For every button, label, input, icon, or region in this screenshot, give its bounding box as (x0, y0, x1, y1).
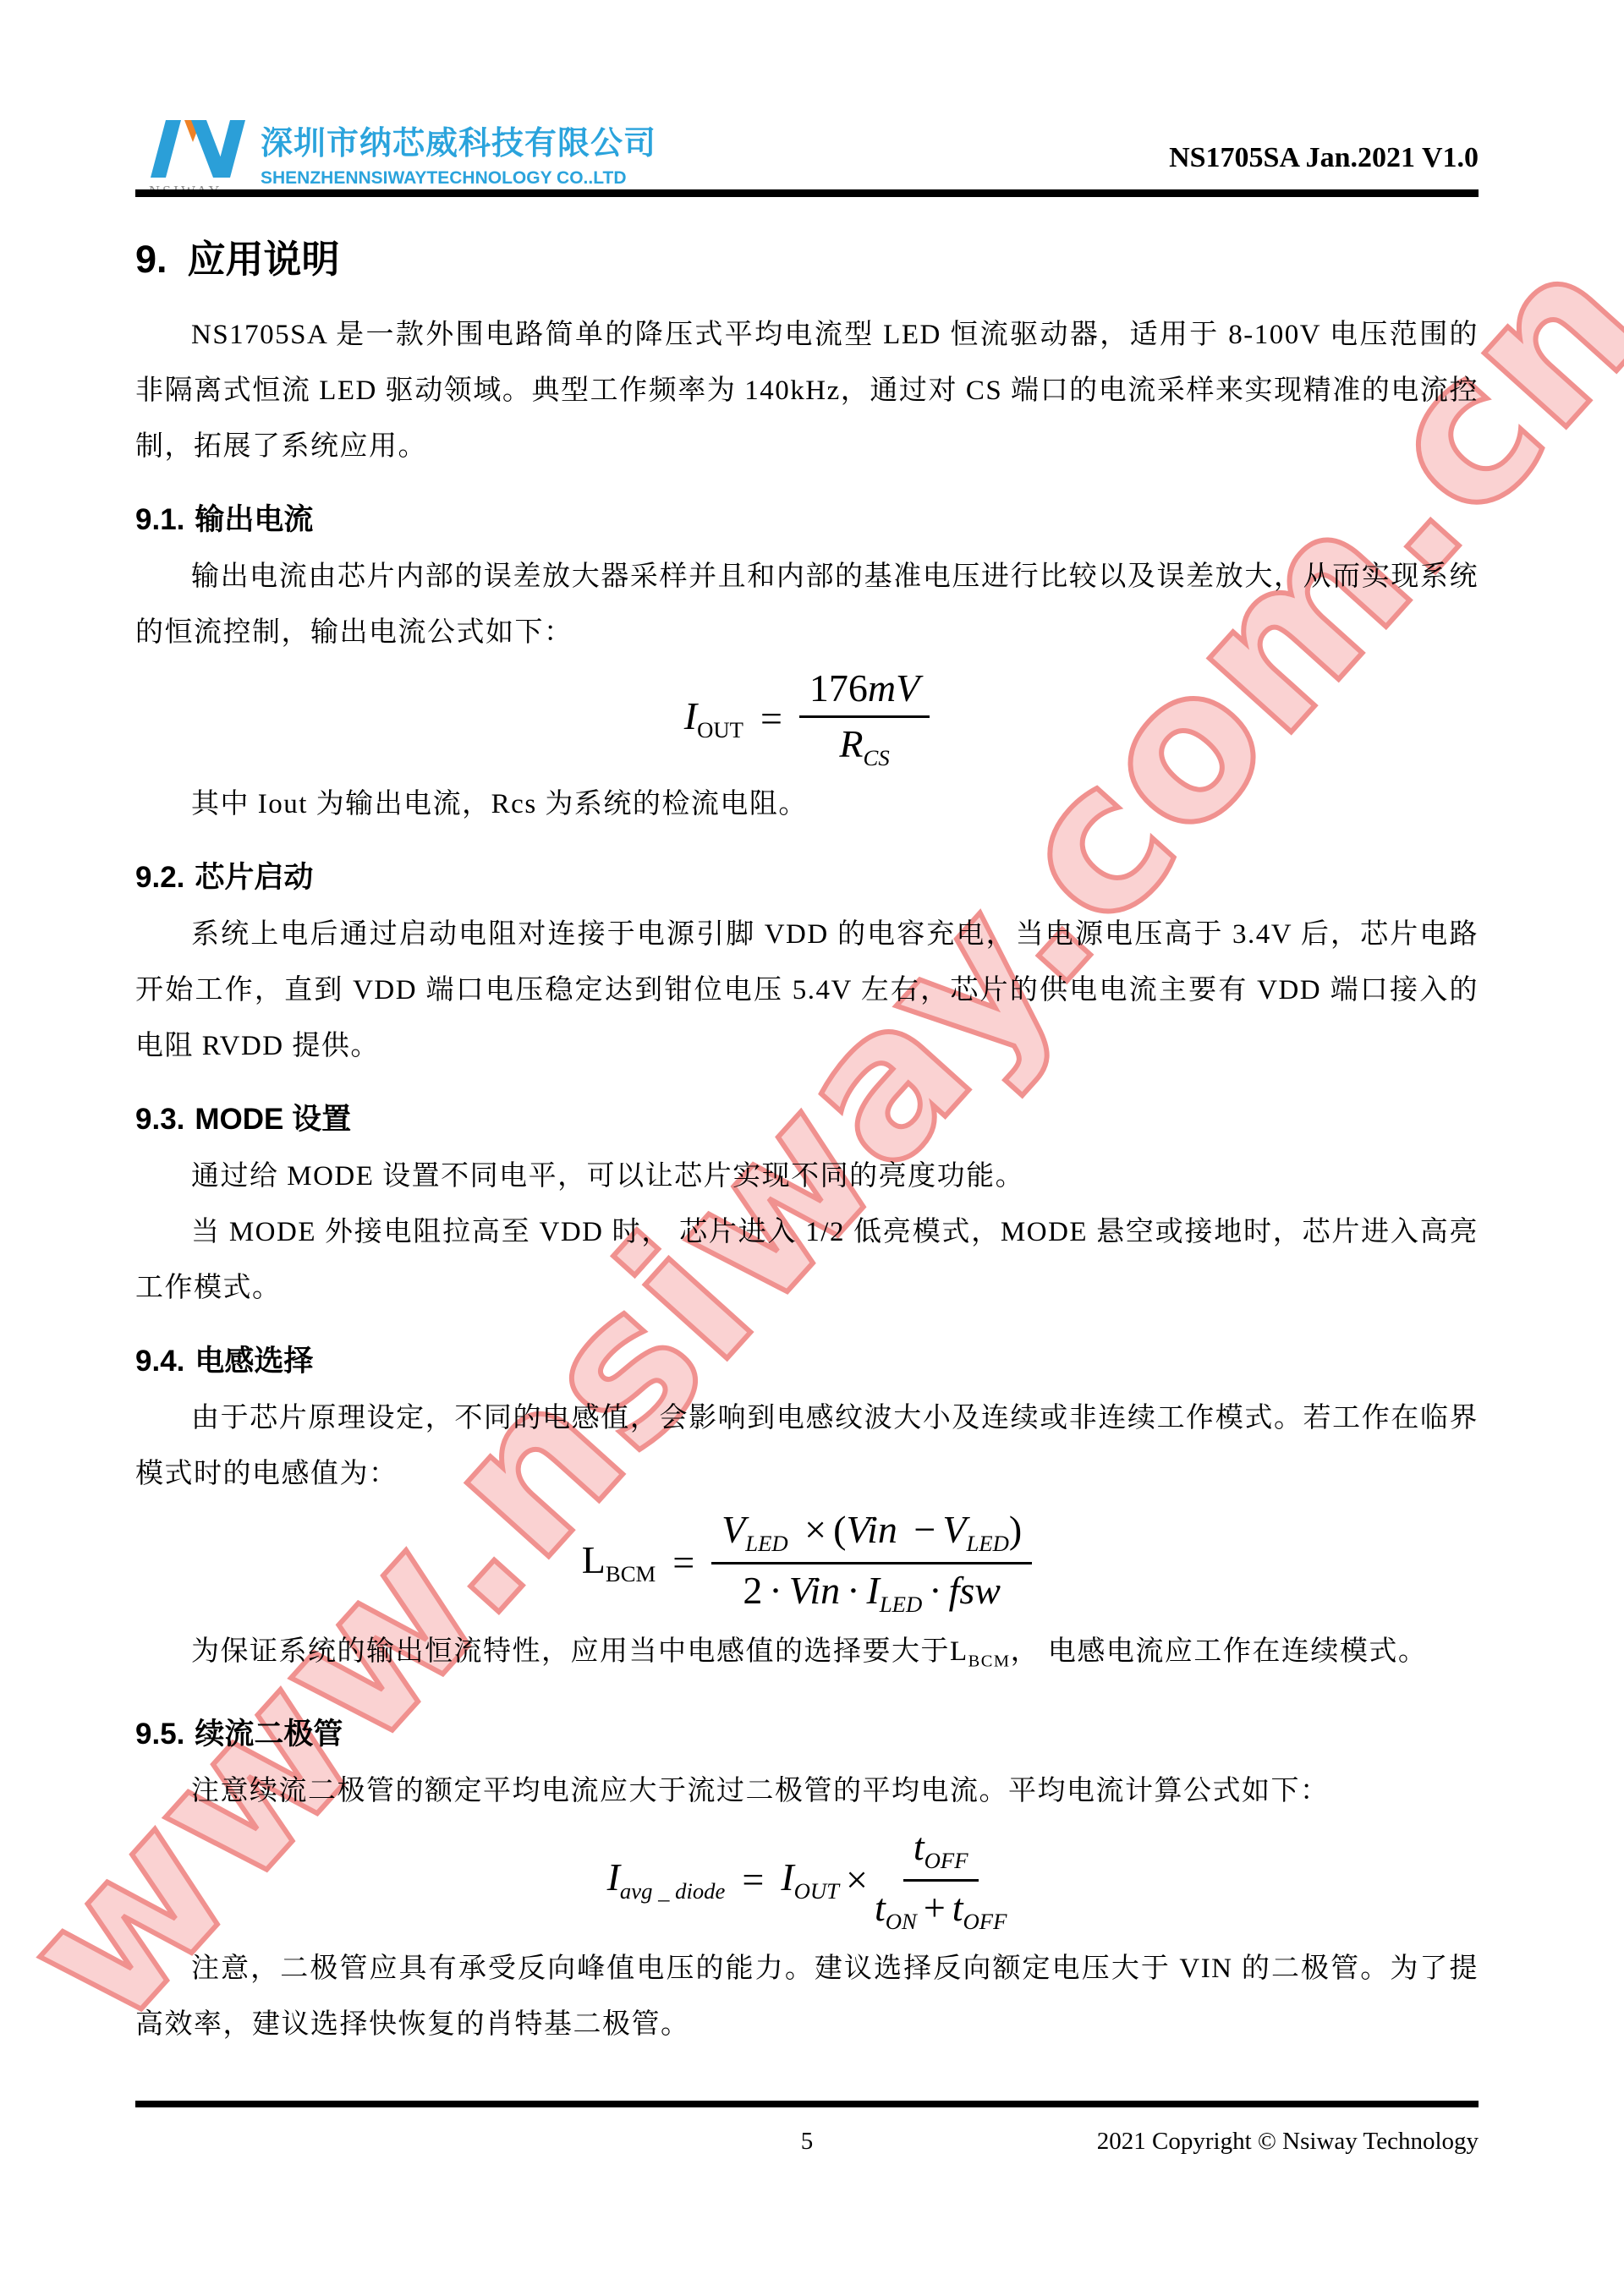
formula-token: avg _ diode (620, 1878, 725, 1904)
formula-token: I (867, 1569, 880, 1612)
formula-token: OUT (697, 717, 743, 743)
formula-token: × (846, 1857, 868, 1902)
paragraph: 输出电流由芯片内部的误差放大器采样并且和内部的基准电压进行比较以及误差放大，从而… (135, 549, 1479, 660)
section-9-3: 9.3.MODE 设置 通过给 MODE 设置不同电平，可以让芯片实现不同的亮度… (135, 1096, 1479, 1316)
fraction-denominator: tON+tOFF (875, 1882, 1007, 1935)
formula-token: 2 (743, 1569, 762, 1612)
lbcm-symbol: LBCM (950, 1636, 1011, 1667)
fraction: tOFF tON+tOFF (875, 1824, 1007, 1935)
heading-title: MODE 设置 (195, 1103, 351, 1136)
formula-lhs: IOUT (684, 693, 743, 743)
text-run: ， 电感电流应工作在连续模式。 (1011, 1636, 1428, 1667)
formula-token: mV (868, 666, 919, 710)
text-run: 为保证系统的输出恒流特性，应用当中电感值的选择要大于 (191, 1636, 950, 1667)
paragraph: 为保证系统的输出恒流特性，应用当中电感值的选择要大于LBCM， 电感电流应工作在… (135, 1624, 1479, 1690)
section-9-1-heading: 9.1.输出电流 (135, 496, 1479, 539)
formula-token: LED (745, 1531, 787, 1556)
formula-token: · (769, 1569, 782, 1612)
section-9-2-heading: 9.2.芯片启动 (135, 854, 1479, 896)
heading-title: 应用说明 (188, 238, 340, 281)
header-divider (135, 189, 1479, 197)
formula-token: ON (886, 1910, 917, 1935)
paragraph: 注意续流二极管的额定平均电流应大于流过二极管的平均电流。平均电流计算公式如下： (135, 1763, 1479, 1819)
copyright-notice: 2021 Copyright © Nsiway Technology (1097, 2128, 1479, 2156)
formula-token: = (742, 1857, 764, 1902)
doc-reference: NS1705SA Jan.2021 V1.0 (1169, 142, 1479, 174)
paragraph: 由于芯片原理设定，不同的电感值，会影响到电感纹波大小及连续或非连续工作模式。若工… (135, 1390, 1479, 1502)
page-content: 9.应用说明 NS1705SA 是一款外围电路简单的降压式平均电流型 LED 恒… (135, 213, 1479, 2052)
formula-token: ) (1009, 1508, 1022, 1551)
heading-number: 9.5. (135, 1718, 184, 1751)
formula-token: t (875, 1886, 886, 1929)
heading-number: 9.2. (135, 861, 184, 894)
formula-token: L (950, 1636, 968, 1667)
formula-token: ( (833, 1508, 846, 1551)
heading-title: 输出电流 (195, 503, 313, 536)
heading-title: 电感选择 (195, 1345, 313, 1378)
section-9: 9.应用说明 NS1705SA 是一款外围电路简单的降压式平均电流型 LED 恒… (135, 228, 1479, 474)
section-9-3-heading: 9.3.MODE 设置 (135, 1096, 1479, 1138)
fraction-numerator: tOFF (903, 1824, 979, 1882)
section-9-4-heading: 9.4.电感选择 (135, 1338, 1479, 1380)
formula-token: t (952, 1886, 963, 1929)
formula-token: + (924, 1886, 946, 1929)
formula-diode-average-current: Iavg _ diode = IOUT × tOFF tON+tOFF (135, 1824, 1479, 1935)
formula-token: BCM (968, 1652, 1011, 1670)
formula-token: t (913, 1825, 924, 1868)
formula-token: Vin (789, 1569, 840, 1612)
fraction-numerator: VLED ×(Vin −VLED) (711, 1507, 1032, 1564)
paragraph: 当 MODE 外接电阻拉高至 VDD 时， 芯片进入 1/2 低亮模式，MODE… (135, 1204, 1479, 1316)
heading-number: 9.1. (135, 503, 184, 536)
footer-divider (135, 2101, 1479, 2107)
formula-token: · (929, 1569, 941, 1612)
formula-token: LED (880, 1592, 922, 1618)
company-name-cn: 深圳市纳芯威科技有限公司 (261, 117, 656, 163)
section-9-2: 9.2.芯片启动 系统上电后通过启动电阻对连接于电源引脚 VDD 的电容充电，当… (135, 854, 1479, 1074)
formula-token: LED (966, 1531, 1008, 1556)
paragraph: 系统上电后通过启动电阻对连接于电源引脚 VDD 的电容充电，当电源电压高于 3.… (135, 907, 1479, 1074)
formula-token: I (607, 1855, 620, 1899)
heading-number: 9.3. (135, 1103, 184, 1136)
fraction: VLED ×(Vin −VLED) 2·Vin·ILED·fsw (711, 1507, 1032, 1618)
formula-token: · (847, 1569, 859, 1612)
paragraph: 注意，二极管应具有承受反向峰值电压的能力。建议选择反向额定电压大于 VIN 的二… (135, 1941, 1479, 2052)
section-9-heading: 9.应用说明 (135, 228, 1479, 283)
fraction-denominator: RCS (839, 718, 889, 771)
section-9-4: 9.4.电感选择 由于芯片原理设定，不同的电感值，会影响到电感纹波大小及连续或非… (135, 1338, 1479, 1689)
formula-token: OFF (924, 1848, 968, 1873)
formula-token: BCM (606, 1561, 656, 1586)
formula-token: CS (864, 745, 890, 770)
formula-lhs: LBCM (582, 1537, 656, 1587)
heading-title: 芯片启动 (195, 861, 313, 894)
formula-output-current: IOUT = 176mV RCS (135, 666, 1479, 771)
formula-token: OUT (794, 1878, 839, 1904)
document-page: www.nsiway.com.cn NSIWAY 深圳市纳芯威科技有限公司 SH… (0, 0, 1624, 2296)
fraction-denominator: 2·Vin·ILED·fsw (743, 1564, 1001, 1618)
nsiway-logo-icon: NSIWAY (144, 112, 252, 200)
company-block: 深圳市纳芯威科技有限公司 SHENZHENNSIWAYTECHNOLOGY CO… (261, 117, 656, 189)
fraction: 176mV RCS (799, 666, 930, 771)
formula-token: R (839, 722, 863, 765)
paragraph: 其中 Iout 为输出电流，Rcs 为系统的检流电阻。 (135, 776, 1479, 832)
formula-lhs: Iavg _ diode (607, 1855, 726, 1904)
company-name-en: SHENZHENNSIWAYTECHNOLOGY CO..LTD (261, 168, 656, 189)
formula-token: Vin (846, 1508, 897, 1551)
formula-token: − (913, 1508, 935, 1551)
formula-token: = (760, 696, 782, 741)
formula-token: V (942, 1508, 966, 1551)
formula-token: fsw (949, 1569, 1001, 1612)
heading-number: 9. (135, 238, 167, 281)
heading-number: 9.4. (135, 1345, 184, 1378)
formula-token: 176 (809, 666, 868, 710)
formula-token: = (672, 1540, 694, 1585)
paragraph: NS1705SA 是一款外围电路简单的降压式平均电流型 LED 恒流驱动器，适用… (135, 307, 1479, 474)
heading-title: 续流二极管 (195, 1718, 343, 1751)
formula-token: L (582, 1538, 606, 1581)
formula-rhs-var: IOUT (781, 1855, 839, 1904)
formula-token: OFF (963, 1910, 1007, 1935)
formula-token: I (684, 694, 697, 737)
section-9-5-heading: 9.5.续流二极管 (135, 1711, 1479, 1753)
section-9-5: 9.5.续流二极管 注意续流二极管的额定平均电流应大于流过二极管的平均电流。平均… (135, 1711, 1479, 2052)
section-9-1: 9.1.输出电流 输出电流由芯片内部的误差放大器采样并且和内部的基准电压进行比较… (135, 496, 1479, 832)
fraction-numerator: 176mV (799, 666, 930, 718)
paragraph: 通过给 MODE 设置不同电平，可以让芯片实现不同的亮度功能。 (135, 1148, 1479, 1204)
formula-token: V (721, 1508, 745, 1551)
formula-token: I (781, 1855, 793, 1899)
formula-inductor-bcm: LBCM = VLED ×(Vin −VLED) 2·Vin·ILED·fsw (135, 1507, 1479, 1618)
formula-token: × (804, 1508, 826, 1551)
